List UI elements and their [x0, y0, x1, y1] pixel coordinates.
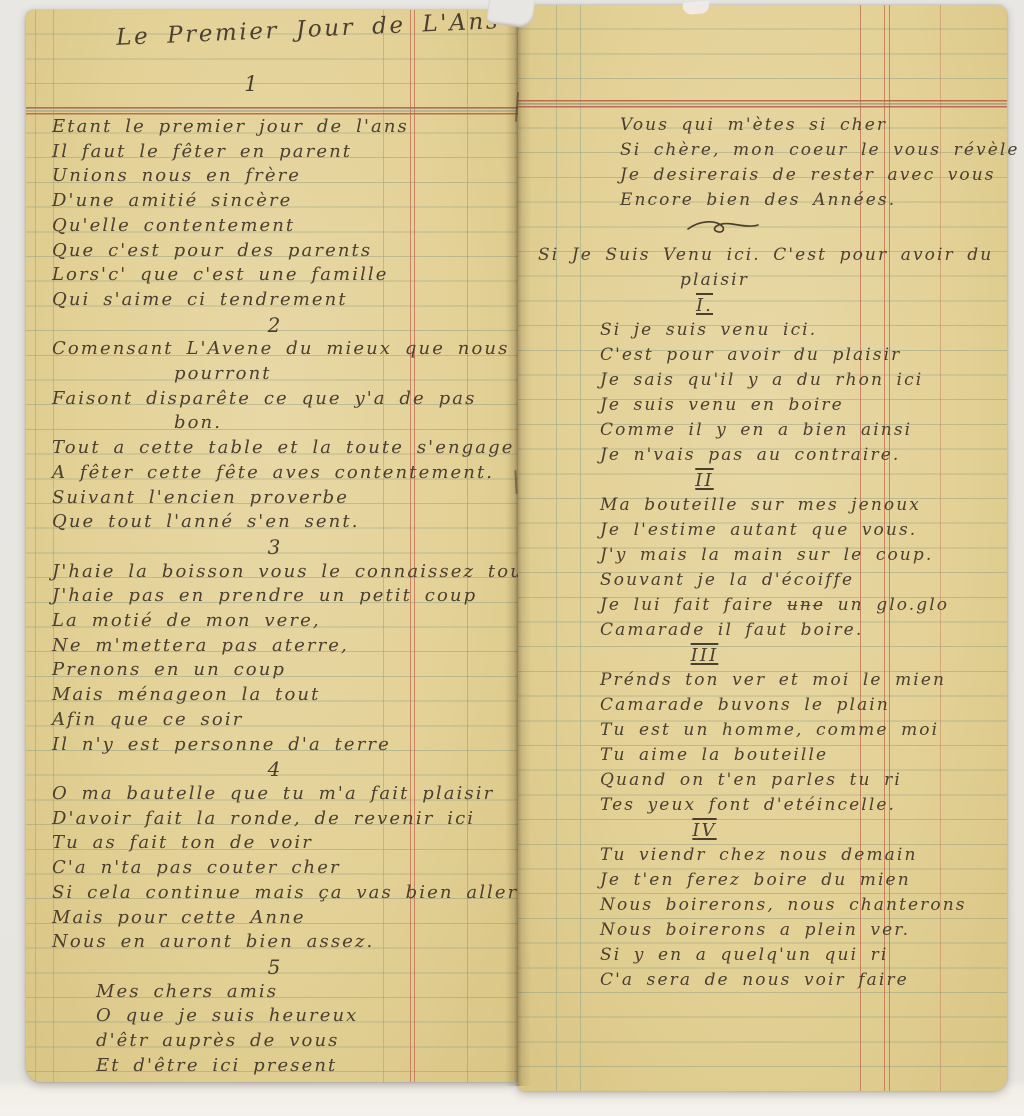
- manuscript-line: Qui s'aime ci tendrement: [38, 288, 512, 313]
- manuscript-line: Etant le premier jour de l'ans: [38, 115, 512, 140]
- manuscript-line: Si cela continue mais ça vas bien aller: [38, 881, 512, 906]
- manuscript-line: Tes yeux font d'etéincelle.: [600, 793, 1001, 818]
- manuscript-line: Que c'est pour des parents: [38, 239, 512, 264]
- manuscript-line: Si Je Suis Venu ici. C'est pour avoir du: [538, 243, 1001, 268]
- left-page-text: Etant le premier jour de l'ansIl faut le…: [38, 115, 512, 1078]
- manuscript-line: O que je suis heureux: [38, 1004, 512, 1029]
- manuscript-line: Je n'vais pas au contraire.: [600, 443, 1001, 468]
- manuscript-line: Encore bien des Années.: [620, 188, 1001, 213]
- manuscript-line: Il n'y est personne d'a terre: [38, 733, 512, 758]
- manuscript-line: A fêter cette fête aves contentement.: [38, 461, 512, 486]
- manuscript-line: Comensant L'Avene du mieux que nous: [38, 337, 512, 362]
- manuscript-line: Afin que ce soir: [38, 708, 512, 733]
- manuscript-line: Je lui fait faire u̶n̶e̶ un glo.glo: [600, 593, 1001, 618]
- manuscript-line: D'une amitié sincère: [38, 189, 512, 214]
- manuscript-line: D'avoir fait la ronde, de revenir ici: [38, 807, 512, 832]
- manuscript-line: Tu est un homme, comme moi: [600, 718, 1001, 743]
- manuscript-line: Souvant je la d'écoiffe: [600, 568, 1001, 593]
- manuscript-line: Prénds ton ver et moi le mien: [600, 668, 1001, 693]
- manuscript-line: C'est pour avoir du plaisir: [600, 343, 1001, 368]
- manuscript-line: Que tout l'anné s'en sent.: [38, 510, 512, 535]
- right-page-stanzas: Si Je Suis Venu ici. C'est pour avoir du…: [518, 243, 1001, 993]
- manuscript-line: I.: [518, 293, 1001, 318]
- manuscript-line: Nous boirerons a plein ver.: [600, 918, 1001, 943]
- manuscript-line: Il faut le fêter en parent: [38, 140, 512, 165]
- manuscript-line: J'y mais la main sur le coup.: [600, 543, 1001, 568]
- manuscript-line: J'haie pas en prendre un petit coup: [38, 584, 512, 609]
- left-page: Le Premier Jour de L'Ans 1 Etant le prem…: [26, 10, 518, 1082]
- manuscript-line: Camarade il faut boire.: [600, 618, 1001, 643]
- notebook-scan: { "colors":{ "paper":"#e3d196","paper-da…: [0, 0, 1024, 1116]
- manuscript-line: Nous boirerons, nous chanterons: [600, 893, 1001, 918]
- manuscript-line: d'êtr auprès de vous: [38, 1029, 512, 1054]
- manuscript-line: Si je suis venu ici.: [600, 318, 1001, 343]
- manuscript-line: Comme il y en a bien ainsi: [600, 418, 1001, 443]
- manuscript-line: Vous qui m'ètes si cher: [620, 113, 1001, 138]
- manuscript-line: Lors'c' que c'est une famille: [38, 263, 512, 288]
- flourish-divider-icon: [686, 218, 760, 236]
- manuscript-line: C'a sera de nous voir faire: [600, 968, 1001, 993]
- manuscript-line: Je sais qu'il y a du rhon ici: [600, 368, 1001, 393]
- manuscript-line: Si chère, mon coeur le vous révèle: [620, 138, 1001, 163]
- margin-rule-line: [35, 10, 36, 1082]
- manuscript-line: III: [518, 643, 1001, 668]
- right-page-text: Vous qui m'ètes si cherSi chère, mon coe…: [518, 113, 1001, 993]
- manuscript-line: Tu aime la bouteille: [600, 743, 1001, 768]
- manuscript-line: Je suis venu en boire: [600, 393, 1001, 418]
- notebook: Le Premier Jour de L'Ans 1 Etant le prem…: [0, 0, 1024, 1116]
- manuscript-line: Unions nous en frère: [38, 164, 512, 189]
- manuscript-line: Ne m'mettera pas aterre,: [38, 634, 512, 659]
- flourish-divider: [518, 218, 1001, 243]
- manuscript-line: Et d'être ici present: [38, 1054, 512, 1079]
- manuscript-line: Tu viendr chez nous demain: [600, 843, 1001, 868]
- manuscript-line: 4: [38, 757, 512, 782]
- manuscript-line: J'haie la boisson vous le connaissez tou…: [38, 560, 512, 585]
- verse-number-top: 1: [26, 72, 478, 96]
- manuscript-line: Si y en a quelq'un qui ri: [600, 943, 1001, 968]
- manuscript-line: Ma bouteille sur mes jenoux: [600, 493, 1001, 518]
- manuscript-line: Suivant l'encien proverbe: [38, 486, 512, 511]
- manuscript-line: La motié de mon vere,: [38, 609, 512, 634]
- manuscript-line: Mes chers amis: [38, 980, 512, 1005]
- manuscript-line: C'a n'ta pas couter cher: [38, 856, 512, 881]
- manuscript-line: 3: [38, 535, 512, 560]
- right-page: Vous qui m'ètes si cherSi chère, mon coe…: [518, 5, 1007, 1091]
- manuscript-line: Camarade buvons le plain: [600, 693, 1001, 718]
- manuscript-title: Le Premier Jour de L'Ans: [116, 7, 527, 51]
- manuscript-line: O ma bautelle que tu m'a fait plaisir: [38, 782, 512, 807]
- manuscript-line: plaisir: [518, 268, 1001, 293]
- manuscript-line: pourront: [38, 362, 512, 387]
- manuscript-line: Je l'estime autant que vous.: [600, 518, 1001, 543]
- manuscript-line: Nous en auront bien assez.: [38, 930, 512, 955]
- manuscript-line: IV: [518, 818, 1001, 843]
- manuscript-line: Tout a cette table et la toute s'engage: [38, 436, 512, 461]
- manuscript-line: bon.: [38, 411, 512, 436]
- manuscript-line: Qu'elle contentement: [38, 214, 512, 239]
- manuscript-line: Tu as fait ton de voir: [38, 831, 512, 856]
- header-rule-line: [518, 99, 1007, 109]
- manuscript-line: Je t'en ferez boire du mien: [600, 868, 1001, 893]
- manuscript-line: 5: [38, 955, 512, 980]
- manuscript-line: 2: [38, 313, 512, 338]
- manuscript-line: Je desirerais de rester avec vous: [620, 163, 1001, 188]
- manuscript-line: Faisont disparête ce que y'a de pas: [38, 387, 512, 412]
- manuscript-line: Prenons en un coup: [38, 658, 512, 683]
- manuscript-line: II: [518, 468, 1001, 493]
- right-page-intro-stanza: Vous qui m'ètes si cherSi chère, mon coe…: [518, 113, 1001, 213]
- manuscript-line: Quand on t'en parles tu ri: [600, 768, 1001, 793]
- manuscript-line: Mais pour cette Anne: [38, 906, 512, 931]
- manuscript-line: Mais ménageon la tout: [38, 683, 512, 708]
